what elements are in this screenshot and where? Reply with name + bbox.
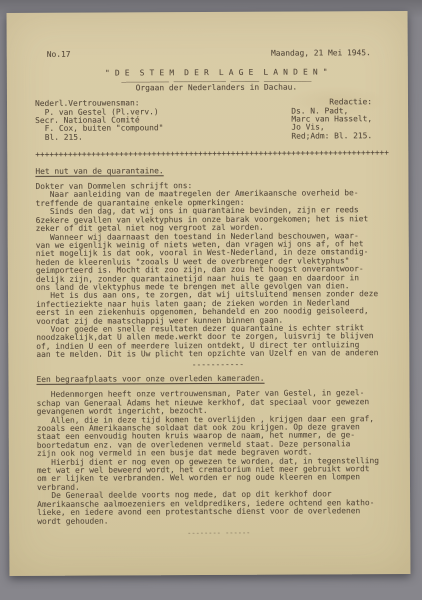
issue-date: Maandag, 21 Mei 1945. <box>271 49 371 58</box>
page-content: No.17 Maandag, 21 Mei 1945. " D E S T E … <box>7 11 411 538</box>
separator-dashes: ----------- <box>36 360 399 370</box>
article-quarantine-heading: Het nut van de quarantaine. <box>35 166 398 176</box>
article-cemetery-body: Hedenmorgen heeft onze vertrouwensman, P… <box>37 389 401 525</box>
issue-header-row: No.17 Maandag, 21 Mei 1945. <box>35 49 398 59</box>
masthead-trustee-block: Nederl.Vertrouwensman: P. van Gestel (Pl… <box>35 99 163 142</box>
article-quarantine-body: Dokter van Dommelen schrijft ons: Naar a… <box>35 181 399 359</box>
separator-end-dashes: -------- ------ <box>37 528 400 538</box>
article-cemetery-heading: Een begraafplaats voor onze overleden ka… <box>36 374 399 384</box>
newsletter-subtitle: Orgaan der Nederlanders in Dachau. <box>35 83 398 93</box>
title-underline: __________ ___________ ______ __________ <box>35 73 398 83</box>
issue-number: No.17 <box>47 51 71 60</box>
separator-plus-row: ++++++++++++++++++++++++++++++++++++++++… <box>35 149 398 159</box>
masthead: Nederl.Vertrouwensman: P. van Gestel (Pl… <box>35 98 398 142</box>
photo-background: { "page": { "issue": "No.17", "date": "M… <box>0 0 422 600</box>
masthead-editors-block: Redactie: Ds. N. Padt, Marc van Hasselt,… <box>291 98 372 140</box>
newsletter-page: No.17 Maandag, 21 Mei 1945. " D E S T E … <box>7 11 411 576</box>
